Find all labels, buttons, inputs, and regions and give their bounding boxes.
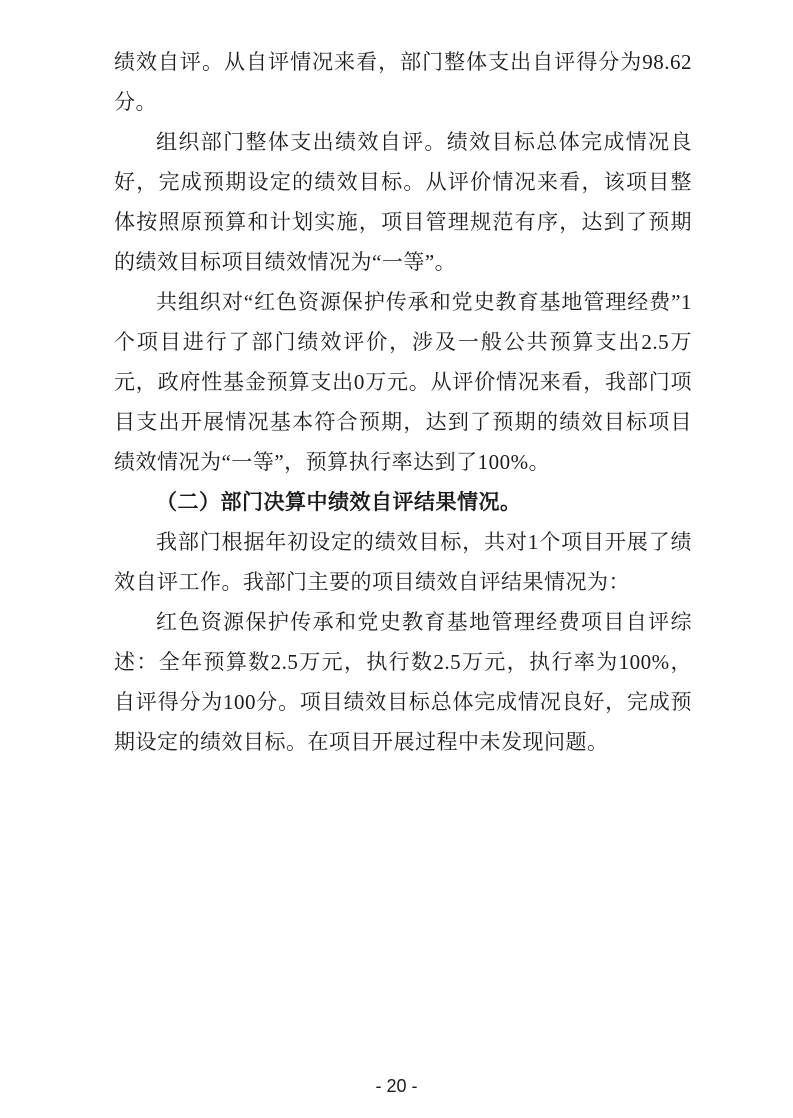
document-text-content: 绩效自评。从自评情况来看，部门整体支出自评得分为98.62分。组织部门整体支出绩…: [114, 42, 692, 762]
paragraph: 共组织对“红色资源保护传承和党史教育基地管理经费”1个项目进行了部门绩效评价，涉…: [114, 282, 692, 482]
paragraph: 绩效自评。从自评情况来看，部门整体支出自评得分为98.62分。: [114, 42, 692, 122]
paragraph: 我部门根据年初设定的绩效目标，共对1个项目开展了绩效自评工作。我部门主要的项目绩…: [114, 522, 692, 602]
paragraph: 红色资源保护传承和党史教育基地管理经费项目自评综述：全年预算数2.5万元，执行数…: [114, 602, 692, 762]
page-number: - 20 -: [0, 1076, 793, 1097]
document-page: 绩效自评。从自评情况来看，部门整体支出自评得分为98.62分。组织部门整体支出绩…: [0, 0, 793, 1118]
section-heading: （二）部门决算中绩效自评结果情况。: [114, 482, 692, 522]
paragraph: 组织部门整体支出绩效自评。绩效目标总体完成情况良好，完成预期设定的绩效目标。从评…: [114, 122, 692, 282]
